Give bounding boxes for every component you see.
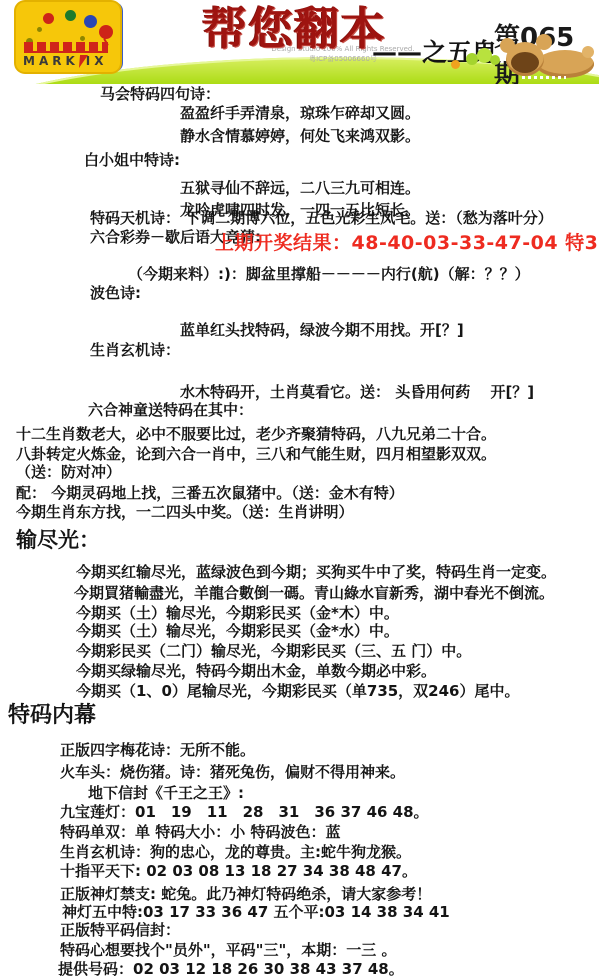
poem-line: 五狱寻仙不辞远，二八三九可相连。 [180,178,420,198]
lottery-tip-sheet: MARK IX Design Studio 100% All Rights Re… [0,0,599,978]
pei-line: 配： 今期灵码地上找，三番五次鼠猪中。（送：金木有特） [16,483,404,503]
bear-paw [582,46,594,58]
logo-cropped-red-text [24,42,108,53]
header: MARK IX Design Studio 100% All Rights Re… [0,0,599,84]
shujinguang-line: 今期买绿输尽光，特码今期出木金，单数今期必中彩。 [76,661,436,681]
logo-dot [84,15,97,28]
marksix-logo: MARK IX [16,2,120,72]
section-title-liuhe-shentong: 六合神童送特码在其中： [88,400,253,420]
underground-envelope-title: 地下信封《千王之王》: [88,783,244,803]
tianji-poem-line: 特码天机诗： 下调二期博六位，五色光彩生凤毛。送：（愁为落叶分） [90,208,553,228]
shujinguang-line: 今期买（土）输尽光，今期彩民买（金*水）中。 [76,621,399,641]
poem-line: 盈盈纤手弄清泉，琼珠乍碎却又圆。 [180,103,420,123]
shujinguang-line: 今期买（土）输尽光，今期彩民买（金*木）中。 [76,603,399,623]
zodiac-direction-line: 今期生肖东方找，一二四头中奖。（送：生肖讲明） [16,502,354,522]
train-head-line: 火车头：烧伤猪。诗：猪死兔伤，偏财不得用神来。 [60,762,405,782]
logo-brand-left: MARK [23,54,79,68]
logo-dot [43,13,54,24]
section-heading-tema-neimu: 特码内幕 [8,706,96,726]
lamp-five-special-numbers: 神灯五中特:03 17 33 36 47 五个平:03 14 38 34 41 [62,902,450,922]
logo-dot [99,25,113,39]
logo-dot [80,36,85,41]
section-title-wave-color-poem: 波色诗: [90,283,141,303]
zodiac-poem-line: 水木特码开，土肖莫看它。送： 头昏用何药 开[？] [180,382,534,402]
logo-brand-text: MARK IX [23,54,115,68]
odd-even-size-color-line: 特码单双：单 特码大小：小 特码波色：蓝 [60,822,340,842]
wave-color-poem-line: 蓝单红头找特码，绿波今期不用找。开[？] [180,320,464,340]
yuanwai-line: 特码心想要找个"员外"，平码"三"，本期：一三 。 [60,940,396,960]
shujinguang-line: 今期买红输尽光，蓝绿波色到今期；买狗买牛中了奖，特码生肖一定变。 [76,562,556,582]
previous-draw-result: 上期开奖结果：48-40-03-33-47-04 特31 [215,233,599,253]
provided-numbers: 提供号码：02 03 12 18 26 30 38 43 37 48。 [58,959,404,978]
nine-treasure-lantern-numbers: 九宝莲灯：01 19 11 28 31 36 37 46 48。 [60,802,429,822]
special-flat-envelope-title: 正版特平码信封： [60,920,180,940]
flower-icon [451,60,460,69]
shentong-verse-line: 十二生肖数老大，必中不服要比过，老少齐聚猜特码，八九兄弟二十合。 [16,424,496,444]
shujinguang-line: 今期买（1、0）尾输尽光，今期彩民买（单735，双246）尾中。 [76,681,520,701]
section-heading-shujinguang: 输尽光： [16,530,100,550]
bear-muzzle [511,52,539,73]
page-title: 帮您翻本 [202,0,386,58]
hill-stitches [522,76,566,79]
shujinguang-line: 今期彩民买（二门）输尽光，今期彩民买（三、五 门）中。 [76,641,471,661]
logo-dot [65,10,76,21]
section-title-bai-xiao-jie: 白小姐中特诗: [84,150,180,170]
logo-brand-right: IX [86,54,108,68]
xiehouyu-riddle-line: （今期来料）:)：脚盆里撑船－－－－内行(航)（解：？？） [128,264,530,284]
zodiac-mystery-line: 生肖玄机诗：狗的忠心，龙的尊贵。主:蛇牛狗龙猴。 [60,842,411,862]
shentong-verse-line: 八卦转定火炼金，论到六合一肖中，三八和气能生财，四月相望影双双。 [16,444,496,464]
gift-note: （送：防对冲） [16,462,121,482]
teddy-bear-icon [498,40,594,80]
ten-fingers-numbers: 十指平天下: 02 03 08 13 18 27 34 38 48 47。 [60,861,417,881]
logo-dot [37,27,42,32]
section-title-zodiac-mystery-poem: 生肖玄机诗： [90,340,180,360]
plum-poem-line: 正版四字梅花诗：无所不能。 [60,740,255,760]
magic-lamp-ban-line: 正版神灯禁支: 蛇兔。此乃神灯特码绝杀，请大家参考！ [60,884,431,904]
shujinguang-line: 今期買猪輸盡光，羊龍合數倒一碼。青山綠水盲新秀，湖中春光不倒流。 [74,583,554,603]
poem-line: 静水含情慕婷婷，何处飞来鸿双影。 [180,126,420,146]
section-title-horse-club-poem: 马会特码四句诗： [100,84,220,104]
